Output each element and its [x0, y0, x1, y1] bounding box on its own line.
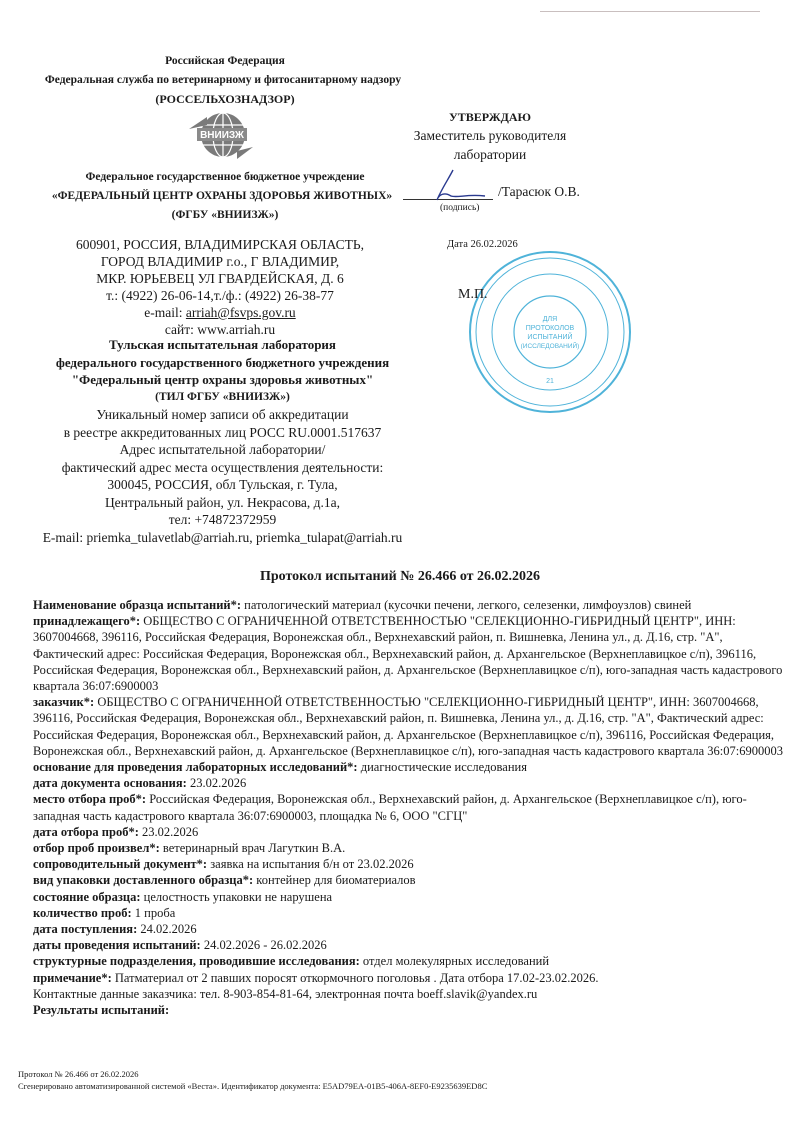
svg-text:ИСПЫТАНИЙ: ИСПЫТАНИЙ [527, 332, 572, 341]
phones: т.: (4922) 26-06-14,т./ф.: (4922) 26-38-… [25, 287, 415, 304]
field-receipt-date: дата поступления: 24.02.2026 [33, 921, 783, 937]
approver-position: лаборатории [400, 145, 580, 164]
scan-artifact-line [540, 11, 760, 12]
lab-phone: тел: +74872372959 [25, 511, 420, 529]
svg-text:(ИССЛЕДОВАНИЙ): (ИССЛЕДОВАНИЙ) [521, 341, 580, 350]
seal-label: М.П. [458, 287, 488, 303]
field-basis: основание для проведения лабораторных ис… [33, 759, 783, 775]
service-name: Федеральная служба по ветеринарному и фи… [26, 71, 420, 90]
lab-address-label: фактический адрес места осуществления де… [25, 459, 420, 477]
page-footer: Протокол № 26.466 от 26.02.2026 Сгенерир… [18, 1068, 487, 1092]
issuer-header: Российская Федерация Федеральная служба … [30, 52, 420, 109]
signature-icon [423, 168, 493, 204]
email-label: e-mail: [144, 305, 182, 320]
vniizzh-logo-icon: ВНИИЗЖ [185, 107, 257, 163]
lab-block: Тульская испытательная лаборатория федер… [25, 336, 420, 546]
lab-emails: E-mail: priemka_tulavetlab@arriah.ru, pr… [25, 529, 420, 547]
field-basis-date: дата документа основания: 23.02.2026 [33, 775, 783, 791]
accreditation-text: Уникальный номер записи об аккредитации [25, 406, 420, 424]
signature-row: /Тарасюк О.В. [403, 182, 623, 206]
organization-address: 600901, РОССИЯ, ВЛАДИМИРСКАЯ ОБЛАСТЬ, ГО… [25, 236, 415, 338]
svg-text:ПРОТОКОЛОВ: ПРОТОКОЛОВ [526, 325, 575, 332]
approval-title: УТВЕРЖДАЮ [400, 108, 580, 126]
svg-text:ВНИИЗЖ: ВНИИЗЖ [200, 130, 245, 141]
svg-text:ДЛЯ: ДЛЯ [543, 316, 557, 323]
address-line: ГОРОД ВЛАДИМИР г.о., Г ВЛАДИМИР, [25, 253, 415, 270]
field-note: примечание*: Патматериал от 2 павших пор… [33, 970, 783, 986]
field-sampling-place: место отбора проб*: Российская Федерация… [33, 791, 783, 823]
field-sample-name: Наименование образца испытаний*: патолог… [33, 597, 783, 613]
field-contacts: Контактные данные заказчика: тел. 8-903-… [33, 986, 783, 1002]
protocol-title: Протокол испытаний № 26.466 от 26.02.202… [0, 569, 800, 585]
lab-name: "Федеральный центр охраны здоровья живот… [25, 371, 420, 389]
lab-address: Центральный район, ул. Некрасова, д.1а, [25, 494, 420, 512]
organization-block: Федеральное государственное бюджетное уч… [30, 168, 420, 225]
lab-address: 300045, РОССИЯ, обл Тульская, г. Тула, [25, 476, 420, 494]
org-name: «ФЕДЕРАЛЬНЫЙ ЦЕНТР ОХРАНЫ ЗДОРОВЬЯ ЖИВОТ… [24, 187, 420, 206]
org-abbr: (ФГБУ «ВНИИЗЖ») [30, 206, 420, 225]
country-name: Российская Федерация [30, 52, 420, 71]
official-stamp-icon: ДЛЯ ПРОТОКОЛОВ ИСПЫТАНИЙ (ИССЛЕДОВАНИЙ) … [460, 247, 640, 417]
email-link[interactable]: arriah@fsvps.gov.ru [186, 305, 296, 320]
footer-generated-by: Сгенерировано автоматизированной системо… [18, 1080, 487, 1092]
protocol-fields: Наименование образца испытаний*: патолог… [33, 597, 783, 1018]
accreditation-number: в реестре аккредитованных лиц РОСС RU.00… [25, 424, 420, 442]
field-packaging: вид упаковки доставленного образца*: кон… [33, 872, 783, 888]
email-row: e-mail: arriah@fsvps.gov.ru [25, 304, 415, 321]
field-sample-condition: состояние образца: целостность упаковки … [33, 889, 783, 905]
lab-abbr: (ТИЛ ФГБУ «ВНИИЗЖ») [25, 389, 420, 407]
field-owner: принадлежащего*: ОБЩЕСТВО С ОГРАНИЧЕННОЙ… [33, 613, 783, 694]
signature-caption: (подпись) [440, 203, 479, 213]
results-heading: Результаты испытаний: [33, 1002, 783, 1018]
address-line: 600901, РОССИЯ, ВЛАДИМИРСКАЯ ОБЛАСТЬ, [25, 236, 415, 253]
field-sample-count: количество проб: 1 проба [33, 905, 783, 921]
address-line: МКР. ЮРЬЕВЕЦ УЛ ГВАРДЕЙСКАЯ, Д. 6 [25, 270, 415, 287]
lab-address-label: Адрес испытательной лаборатории/ [25, 441, 420, 459]
lab-name: федерального государственного бюджетного… [25, 354, 420, 372]
lab-name: Тульская испытательная лаборатория [25, 336, 420, 354]
signer-name: /Тарасюк О.В. [498, 184, 580, 200]
field-test-dates: даты проведения испытаний: 24.02.2026 - … [33, 937, 783, 953]
org-type: Федеральное государственное бюджетное уч… [30, 168, 420, 187]
field-departments: структурные подразделения, проводившие и… [33, 953, 783, 969]
field-sampler: отбор проб произвел*: ветеринарный врач … [33, 840, 783, 856]
field-sampling-date: дата отбора проб*: 23.02.2026 [33, 824, 783, 840]
footer-protocol-ref: Протокол № 26.466 от 26.02.2026 [18, 1068, 487, 1080]
approval-block: УТВЕРЖДАЮ Заместитель руководителя лабор… [400, 108, 580, 164]
svg-text:21: 21 [546, 378, 554, 385]
field-customer: заказчик*: ОБЩЕСТВО С ОГРАНИЧЕННОЙ ОТВЕТ… [33, 694, 783, 759]
approver-position: Заместитель руководителя [400, 126, 580, 145]
field-accompanying-doc: сопроводительный документ*: заявка на ис… [33, 856, 783, 872]
